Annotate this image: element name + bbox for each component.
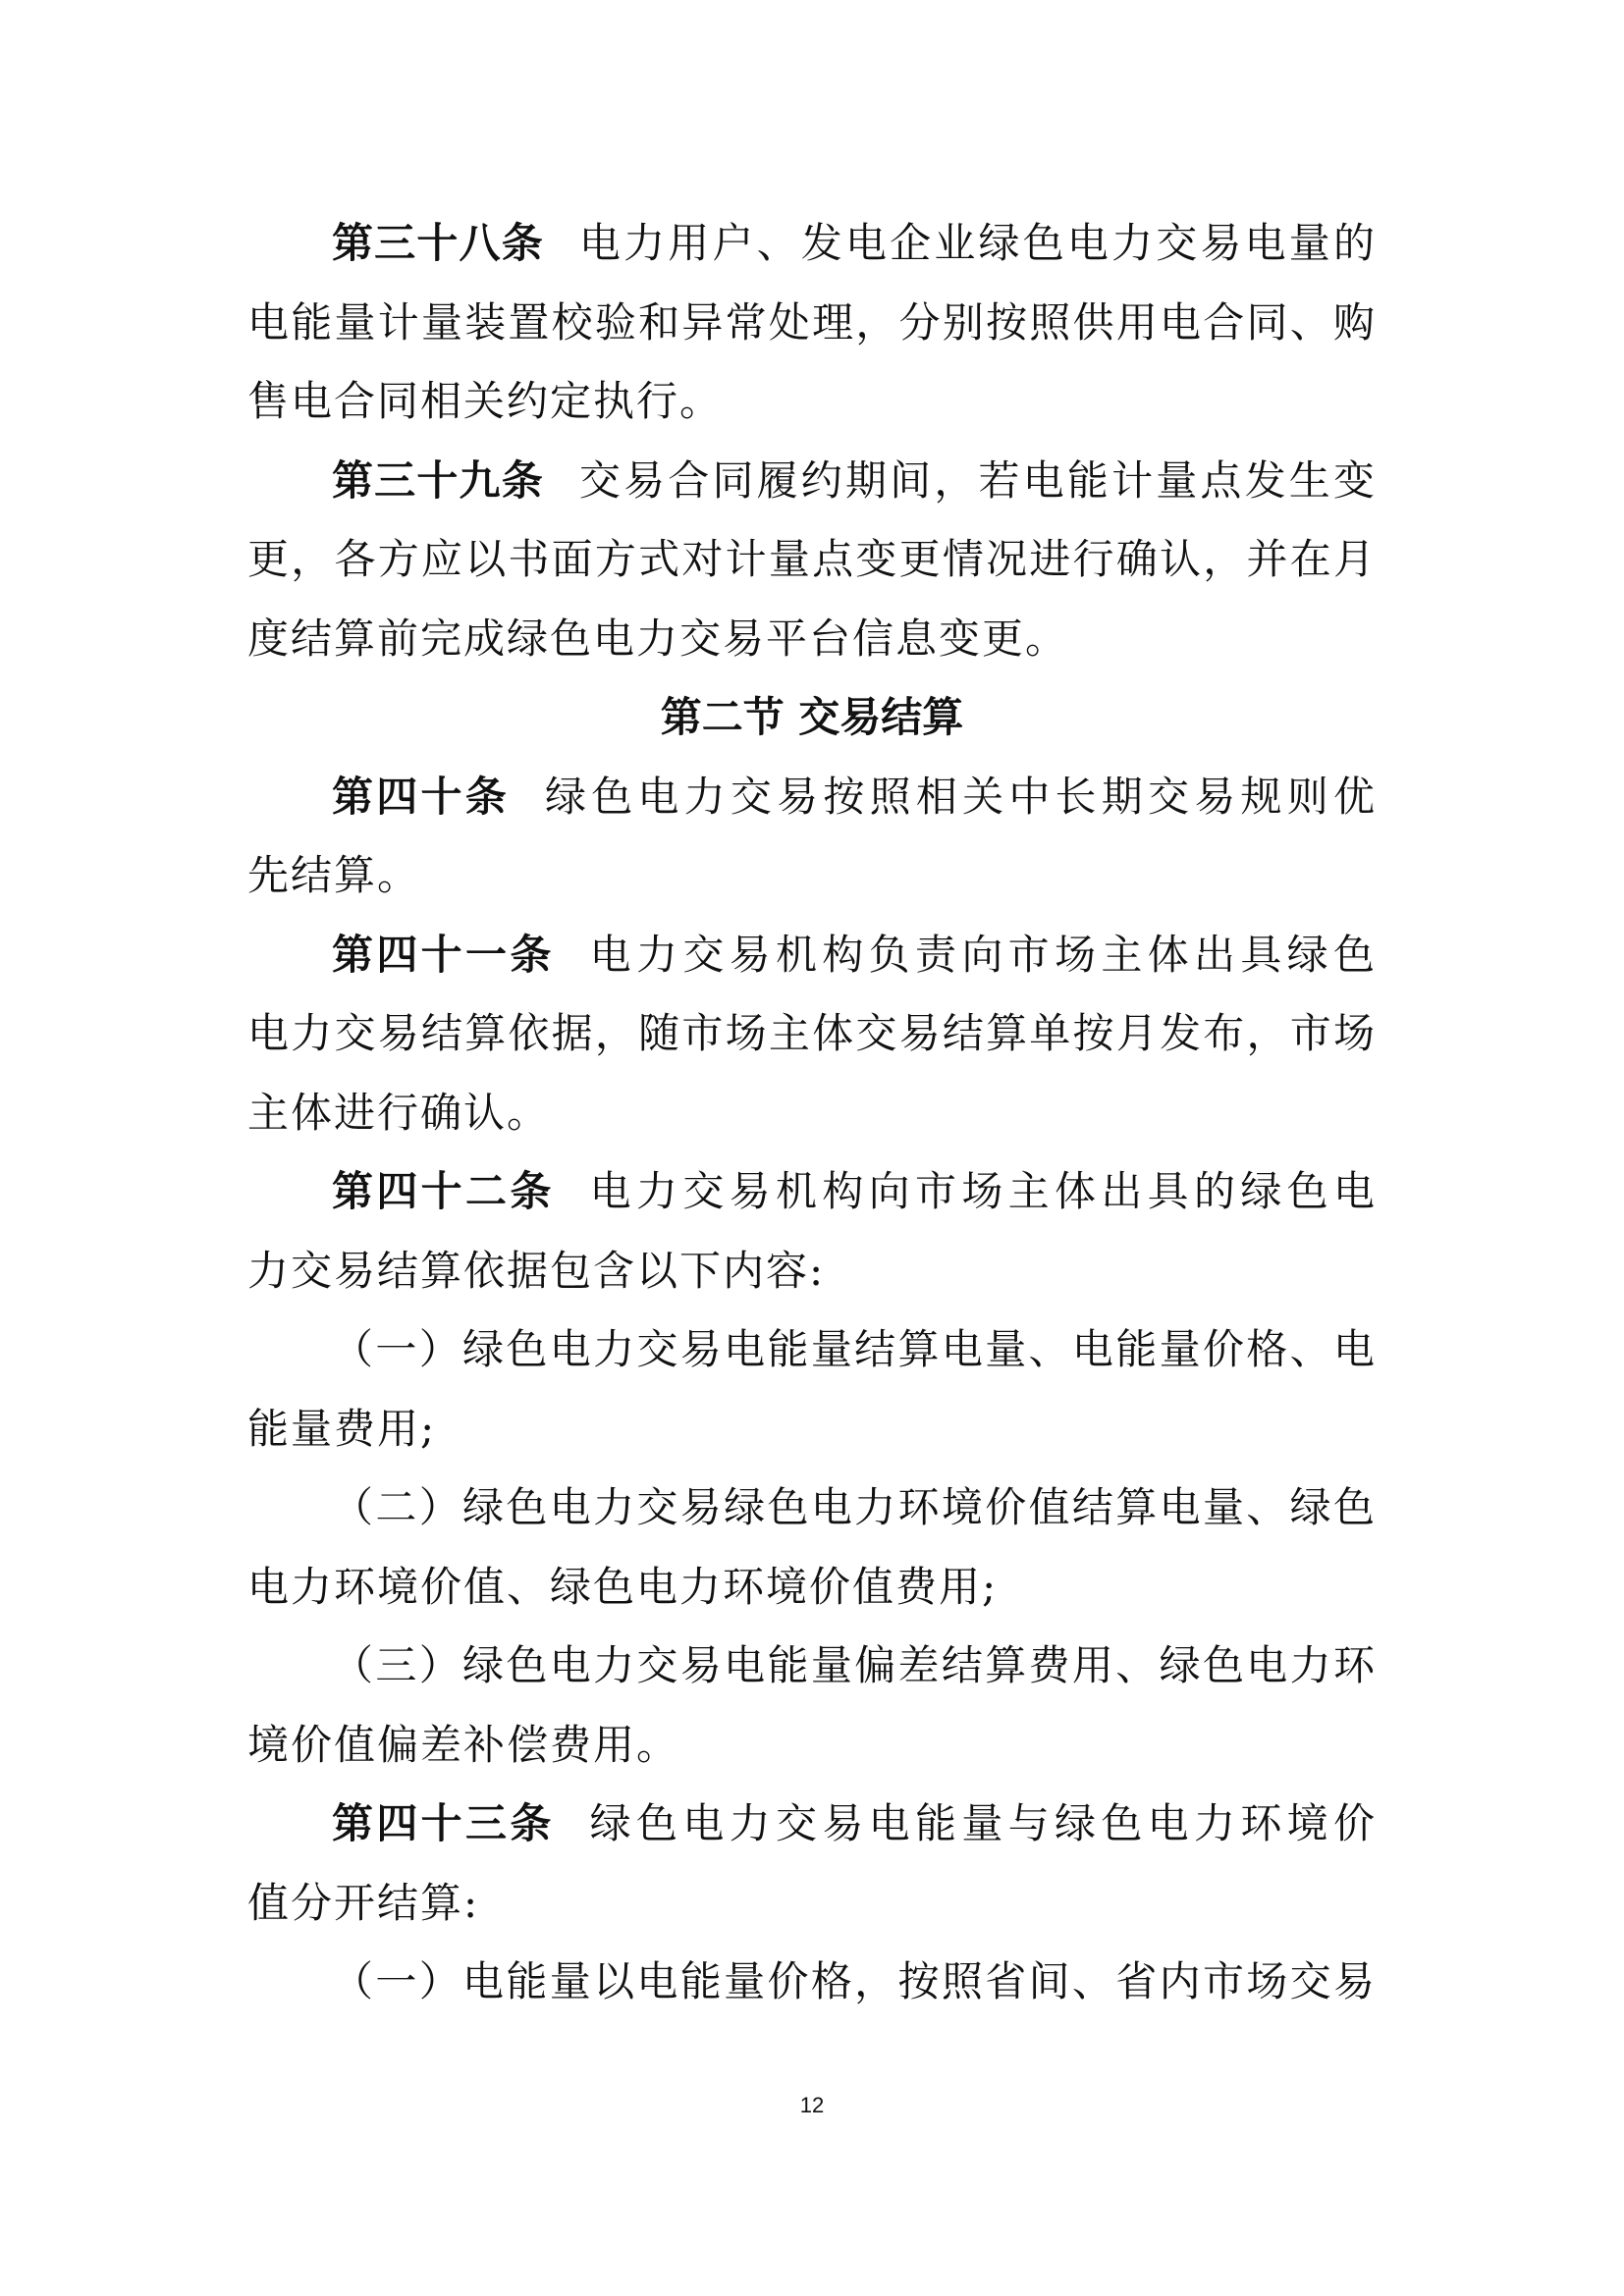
page-number: 12 bbox=[0, 2093, 1624, 2118]
article-38-line-3: 售电合同相关约定执行。 bbox=[247, 362, 1377, 442]
article-label: 第四十条 bbox=[332, 773, 510, 821]
article-39-line-1: 第三十九条交易合同履约期间，若电能计量点发生变 bbox=[247, 442, 1377, 521]
article-42-item-3-line-1: （三）绿色电力交易电能量偏差结算费用、绿色电力环 bbox=[247, 1627, 1377, 1706]
article-label: 第四十二条 bbox=[332, 1167, 555, 1215]
article-42-item-1-line-2: 能量费用; bbox=[247, 1390, 1377, 1469]
article-42-line-1: 第四十二条电力交易机构向市场主体出具的绿色电 bbox=[247, 1152, 1377, 1232]
article-38-line-1: 第三十八条电力用户、发电企业绿色电力交易电量的 bbox=[247, 204, 1377, 284]
article-38-line-2: 电能量计量装置校验和异常处理，分别按照供用电合同、购 bbox=[247, 284, 1377, 363]
document-page: 第三十八条电力用户、发电企业绿色电力交易电量的 电能量计量装置校验和异常处理，分… bbox=[247, 204, 1377, 2022]
article-40-line-1: 第四十条绿色电力交易按照相关中长期交易规则优 bbox=[247, 758, 1377, 837]
article-43-line-2: 值分开结算: bbox=[247, 1864, 1377, 1944]
article-41-line-3: 主体进行确认。 bbox=[247, 1074, 1377, 1153]
article-43-item-1-line-1: （一）电能量以电能量价格，按照省间、省内市场交易 bbox=[247, 1943, 1377, 2022]
article-42-line-2: 力交易结算依据包含以下内容: bbox=[247, 1232, 1377, 1311]
article-41-line-1: 第四十一条电力交易机构负责向市场主体出具绿色 bbox=[247, 916, 1377, 995]
article-42-item-3-line-2: 境价值偏差补偿费用。 bbox=[247, 1706, 1377, 1786]
article-42-item-1-line-1: （一）绿色电力交易电能量结算电量、电能量价格、电 bbox=[247, 1310, 1377, 1390]
article-40-line-2: 先结算。 bbox=[247, 836, 1377, 916]
section-heading: 第二节 交易结算 bbox=[247, 678, 1377, 758]
article-label: 第三十九条 bbox=[332, 456, 544, 505]
article-43-line-1: 第四十三条绿色电力交易电能量与绿色电力环境价 bbox=[247, 1785, 1377, 1864]
article-42-item-2-line-1: （二）绿色电力交易绿色电力环境价值结算电量、绿色 bbox=[247, 1468, 1377, 1548]
article-39-line-3: 度结算前完成绿色电力交易平台信息变更。 bbox=[247, 600, 1377, 679]
article-label: 第四十三条 bbox=[332, 1799, 555, 1847]
article-41-line-2: 电力交易结算依据，随市场主体交易结算单按月发布，市场 bbox=[247, 994, 1377, 1074]
article-42-item-2-line-2: 电力环境价值、绿色电力环境价值费用; bbox=[247, 1548, 1377, 1628]
article-39-line-2: 更，各方应以书面方式对计量点变更情况进行确认，并在月 bbox=[247, 520, 1377, 600]
article-label: 第四十一条 bbox=[332, 931, 555, 979]
article-label: 第三十八条 bbox=[332, 219, 544, 267]
